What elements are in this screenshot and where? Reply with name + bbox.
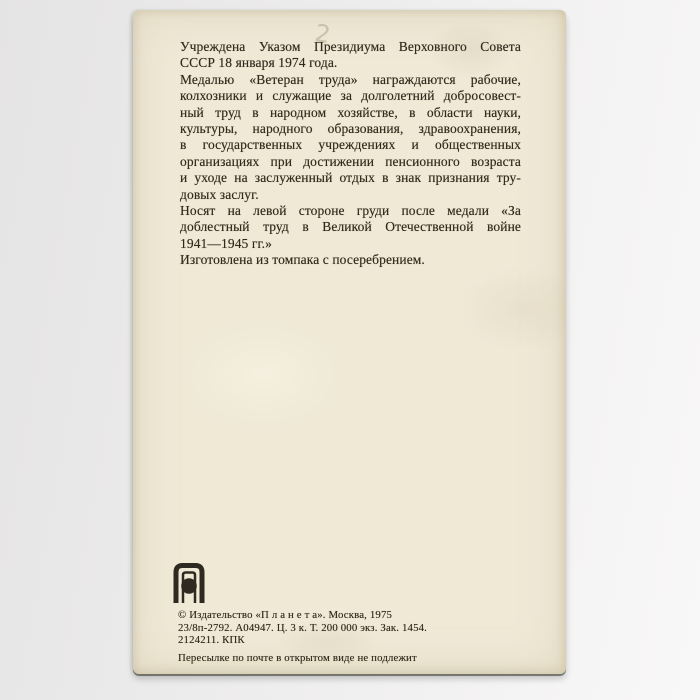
body-text-line: культуры, народного образования, здравоо… xyxy=(180,121,521,137)
body-text-line: Изготовлена из томпака с посеребрением. xyxy=(180,252,521,268)
copyright-line: © Издательство «П л а н е т а». Москва, … xyxy=(178,609,518,622)
medal-description-text: Учреждена Указом Президиума Верховного С… xyxy=(180,39,521,269)
body-text-line: СССР 18 января 1974 года. xyxy=(180,55,521,71)
order-number-line: 2124211. КПК xyxy=(178,634,518,647)
body-text-line: колхозники и служащие за долголетний доб… xyxy=(180,88,521,104)
body-text-line: Носят на левой стороне груди после медал… xyxy=(180,203,521,219)
body-text-line: доблестный труд в Великой Отечественной … xyxy=(180,219,521,235)
print-code-line: 23/8п-2792. А04947. Ц. 3 к. Т. 200 000 э… xyxy=(178,622,518,635)
body-text-line: в государственных учреждениях и обществе… xyxy=(180,137,521,153)
body-text-line: ный труд в народном хозяйстве, в области… xyxy=(180,105,521,121)
body-text-line: организациях при достижении пенсионного … xyxy=(180,154,521,170)
body-text-line: Учреждена Указом Президиума Верховного С… xyxy=(180,39,521,55)
planeta-publisher-logo-icon xyxy=(171,561,207,603)
body-text-line: и уходе на заслуженный отдых в знак приз… xyxy=(180,170,521,186)
body-text-line: Медалью «Ветеран труда» награждаются раб… xyxy=(180,72,521,88)
postal-notice-line: Пересылке по почте в открытом виде не по… xyxy=(178,652,518,665)
postcard-back: 2 Учреждена Указом Президиума Верховного… xyxy=(133,10,566,674)
body-text-line: 1941—1945 гг.» xyxy=(180,236,521,252)
planeta-logo-svg xyxy=(171,561,207,603)
body-text-line: довых заслуг. xyxy=(180,187,521,203)
colophon: © Издательство «П л а н е т а». Москва, … xyxy=(178,609,518,664)
